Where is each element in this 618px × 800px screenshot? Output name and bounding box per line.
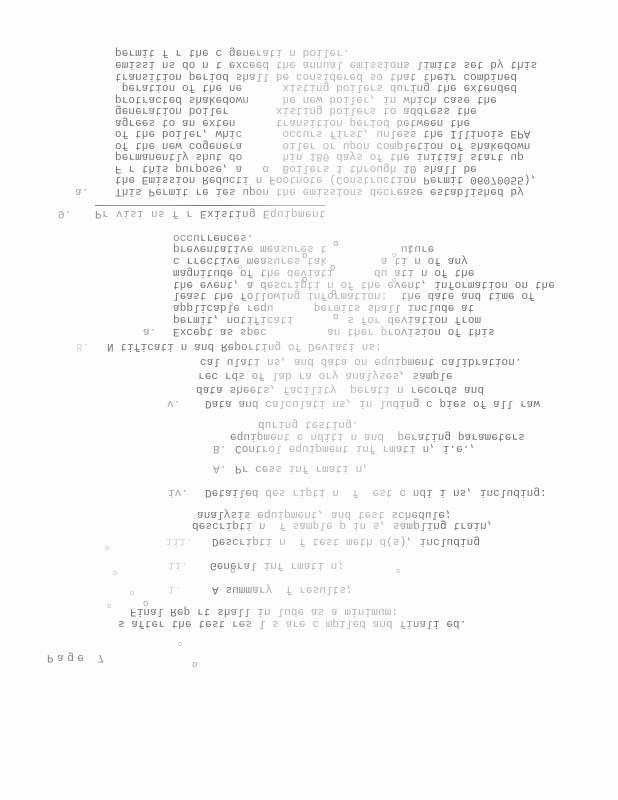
subitem-label: B. [213, 442, 226, 453]
body-line: Final Rep rt shall in lude as a minimum: [130, 605, 398, 616]
body-line: generation boiler xisting boilers to add… [115, 104, 477, 115]
section-number: 9. [58, 207, 71, 218]
body-line: This Permit re ies upon the emissions de… [115, 185, 524, 196]
noise-speck: o [333, 313, 338, 322]
item-line: Pr cess inf rmati n, [235, 462, 369, 473]
item-line: descripti n f sample p in s, sampling tr… [192, 519, 494, 530]
noise-speck: o [392, 252, 396, 261]
body-line: Except as spec an ther provision of this [173, 325, 495, 336]
noise-speck: o [192, 661, 197, 670]
body-line: s after the test res l s are c mpiled an… [118, 617, 466, 628]
item-line: data sheets, facility perati n records a… [196, 383, 484, 394]
body-line: c rrective measures tak a ti n of any [173, 254, 468, 265]
body-line: permit, notificati s for deviation from [173, 313, 481, 324]
noise-speck: o [330, 264, 335, 273]
body-line: magnitude of the deviati du ati n of the [173, 266, 475, 277]
noise-speck: o [302, 252, 307, 261]
item-label: i. [168, 583, 181, 594]
section-number: 8. [76, 340, 89, 351]
body-line: peration of the ne xisting boilers durin… [115, 81, 517, 92]
noise-speck: o [143, 600, 148, 609]
noise-speck: o [130, 590, 134, 599]
item-line: analysis equipment, and test schedule; [197, 508, 452, 519]
noise-speck: o [107, 603, 111, 612]
item-line: during testing. [258, 418, 359, 429]
body-line: protracted shakedown he new boiler, in w… [115, 93, 497, 104]
item-line: equipment c nditi n and perating paramet… [230, 430, 525, 441]
item-line: Detailed des ripti n f est c ndi i ns, i… [205, 486, 547, 497]
body-line: transition period shall be considered so… [115, 70, 517, 81]
paragraph-label: a. [75, 185, 88, 196]
item-line: cal ulati ns, and data on equipment cali… [200, 355, 522, 366]
noise-speck: o [333, 240, 338, 249]
section-title: Pr visi ns f r Existing Equipment [95, 205, 326, 218]
noise-speck: o [392, 277, 396, 286]
noise-speck: o [230, 567, 235, 576]
body-line: agrees to an exten transition period bet… [115, 116, 470, 127]
page-number: Page 7 [47, 651, 108, 662]
scan-sheet: Page 7 s after the test res l s are c mp… [0, 0, 618, 800]
item-label: iii. [166, 535, 193, 546]
body-line: of the boiler, whic occurs first, unless… [115, 127, 530, 138]
noise-speck: o [178, 641, 182, 650]
body-line: permit f r the c generati n boiler. [115, 46, 350, 57]
body-line: F r this purpose, a o Boilers 1 through … [115, 162, 477, 173]
item-line: Control equipment inf rmati n, i.e., [235, 442, 476, 453]
item-line: A summary f results; [212, 583, 353, 594]
scanned-page: Page 7 s after the test res l s are c mp… [0, 0, 618, 800]
noise-speck: o [105, 545, 109, 554]
noise-speck: o [302, 276, 307, 285]
body-line: the Emission Reducti n Footnote (Constru… [115, 173, 537, 184]
noise-speck: o [113, 570, 117, 579]
item-line: Data and calculati ns, in luding c pies … [205, 397, 540, 408]
body-line: least the following information: the dat… [173, 289, 535, 300]
body-line: the event, a descripti n of the event, i… [173, 278, 555, 289]
item-label: v. [167, 397, 180, 408]
item-label: iv. [168, 486, 188, 497]
noise-speck: o [408, 244, 412, 253]
subsection-title: N tificati n and Reporting of Deviati ns… [107, 340, 382, 351]
subitem-label: A. [213, 462, 226, 473]
body-line: permanently shut do hin 180 days of the … [115, 150, 524, 161]
body-line: applicable requ permits shall include at [173, 301, 475, 312]
noise-speck: o [238, 264, 242, 273]
body-line: of the new cogenera oiler or upon comple… [115, 139, 530, 150]
paragraph-label: a. [143, 325, 156, 336]
noise-speck: o [396, 568, 400, 577]
item-label: ii. [168, 559, 188, 570]
item-line: rec rds of lab ra ory analyses, sample [198, 369, 453, 380]
noise-speck: o [229, 301, 233, 310]
noise-speck: o [331, 289, 336, 298]
body-line: emissi ns do n t exceed the annual emiss… [115, 58, 537, 69]
item-line: Descripti n f test meth d(s), including [212, 535, 480, 546]
body-line: occurrences. [173, 231, 253, 242]
